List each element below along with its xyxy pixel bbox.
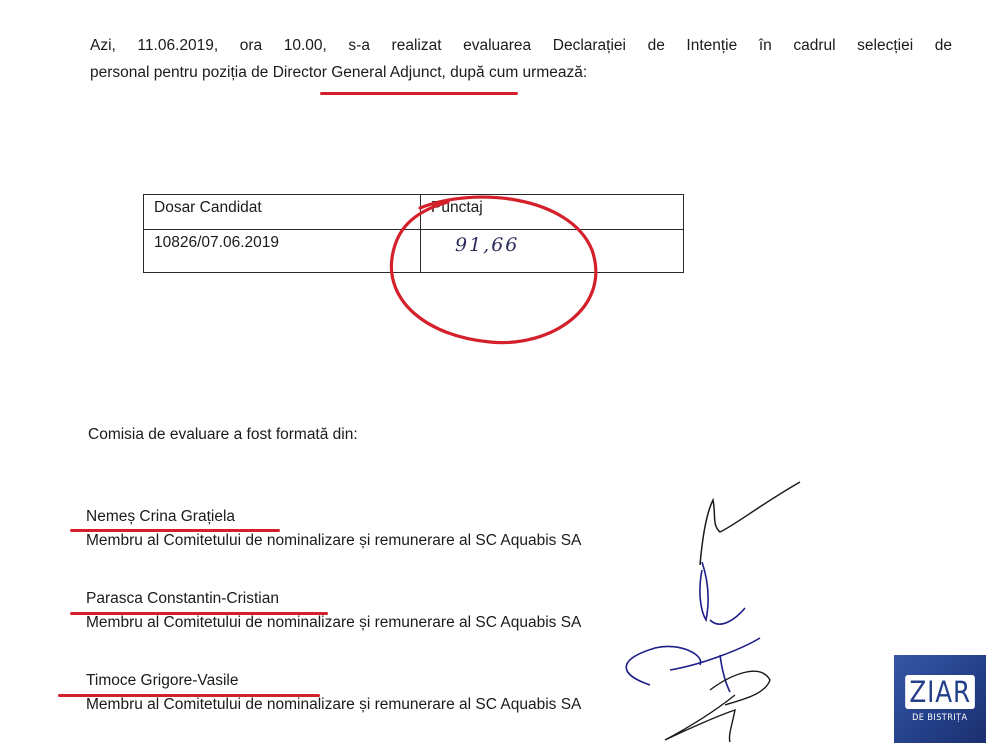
table-row: 10826/07.06.2019 91,66 xyxy=(144,230,684,273)
commission-member: Timoce Grigore-Vasile Membru al Comitetu… xyxy=(86,669,581,717)
member-name: Nemeș Crina Grațiela xyxy=(86,505,581,529)
signature-2 xyxy=(626,562,760,692)
member-name: Timoce Grigore-Vasile xyxy=(86,669,581,693)
handwritten-score: 91,66 xyxy=(431,234,519,256)
table-header-row: Dosar Candidat Punctaj xyxy=(144,195,684,230)
cell-punctaj: 91,66 xyxy=(421,230,684,273)
member-role: Membru al Comitetului de nominalizare și… xyxy=(86,529,581,553)
member-underline-annotation xyxy=(70,612,328,615)
header-dosar: Dosar Candidat xyxy=(144,195,421,230)
intro-line-2: personal pentru poziția de Director Gene… xyxy=(90,59,952,86)
ziar-de-bistrita-logo: ZIAR DE BISTRIȚA xyxy=(894,655,986,743)
position-underline-annotation xyxy=(320,92,518,95)
position-name: Director General Adjunct xyxy=(273,64,442,81)
signature-1 xyxy=(700,482,800,565)
document-page: Azi, 11.06.2019, ora 10.00, s-a realizat… xyxy=(0,0,993,748)
evaluation-table: Dosar Candidat Punctaj 10826/07.06.2019 … xyxy=(143,194,684,273)
logo-main-text: ZIAR xyxy=(905,675,975,709)
intro-line-1: Azi, 11.06.2019, ora 10.00, s-a realizat… xyxy=(90,32,952,59)
logo-sub-text: DE BISTRIȚA xyxy=(912,713,967,723)
commission-title: Comisia de evaluare a fost formată din: xyxy=(88,426,358,444)
commission-member: Parasca Constantin-Cristian Membru al Co… xyxy=(86,587,581,635)
signature-3 xyxy=(665,671,770,742)
member-name: Parasca Constantin-Cristian xyxy=(86,587,581,611)
signatures xyxy=(560,470,820,748)
cell-dosar: 10826/07.06.2019 xyxy=(144,230,421,273)
header-punctaj: Punctaj xyxy=(421,195,684,230)
member-underline-annotation xyxy=(70,529,280,532)
member-underline-annotation xyxy=(58,694,320,697)
intro-paragraph: Azi, 11.06.2019, ora 10.00, s-a realizat… xyxy=(90,32,952,86)
